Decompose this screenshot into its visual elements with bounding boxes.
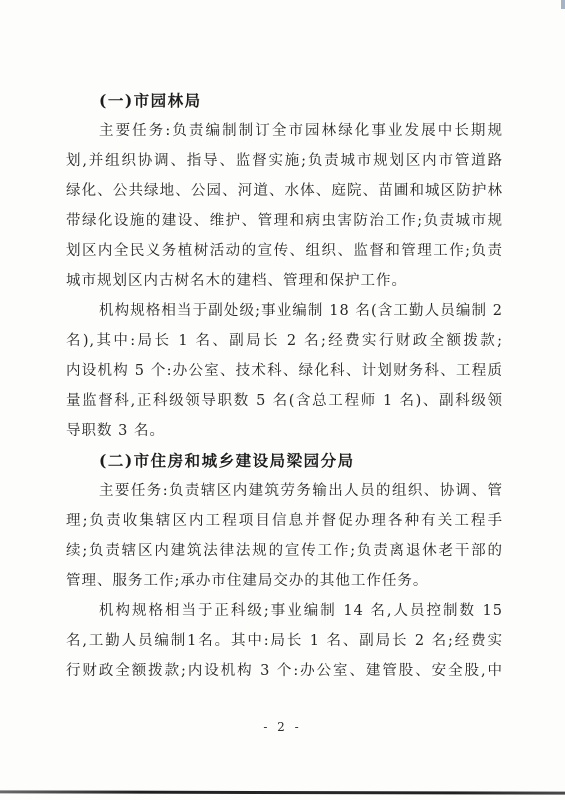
text-line: 理;负责收集辖区内工程项目信息并督促办理各种有关工程手 [66, 506, 503, 536]
paragraph: 机构规格相当于正科级;事业编制 14 名,人员控制数 15 名,工勤人员编制1名… [66, 596, 503, 686]
text-line: 机构规格相当于正科级;事业编制 14 名,人员控制数 15 [66, 596, 503, 626]
page-number: - 2 - [0, 720, 565, 734]
paragraph: 主要任务:负责编制制订全市园林绿化事业发展中长期规 划,并组织协调、指导、监督实… [66, 116, 503, 296]
text-line: 划区内全民义务植树活动的宣传、组织、监督和管理工作;负责 [66, 236, 503, 266]
text-line: 机构规格相当于副处级;事业编制 18 名(含工勤人员编制 2 [66, 296, 503, 326]
paragraph: 主要任务:负责辖区内建筑劳务输出人员的组织、协调、管 理;负责收集辖区内工程项目… [66, 476, 503, 596]
text-line: 续;负责辖区内建筑法律法规的宣传工作;负责离退休老干部的 [66, 536, 503, 566]
text-line: 导职数 3 名。 [66, 416, 503, 446]
text-line: 主要任务:负责编制制订全市园林绿化事业发展中长期规 [66, 116, 503, 146]
scan-artifact [561, 0, 565, 9]
text-line: 量监督科,正科级领导职数 5 名(含总工程师 1 名)、副科级领 [66, 386, 503, 416]
text-line: 名),其中:局长 1 名、副局长 2 名;经费实行财政全额拨款; [66, 326, 503, 356]
text-line: 城市规划区内古树名木的建档、管理和保护工作。 [66, 266, 503, 296]
section-heading: (二)市住房和城乡建设局梁园分局 [66, 446, 503, 476]
scan-edge-line [0, 790, 565, 794]
section-heading: (一)市园林局 [66, 86, 503, 116]
text-line: 名,工勤人员编制1名。其中:局长 1 名、副局长 2 名;经费实 [66, 626, 503, 656]
text-line: 主要任务:负责辖区内建筑劳务输出人员的组织、协调、管 [66, 476, 503, 506]
text-line: 内设机构 5 个:办公室、技术科、绿化科、计划财务科、工程质 [66, 356, 503, 386]
document-content: (一)市园林局 主要任务:负责编制制订全市园林绿化事业发展中长期规 划,并组织协… [66, 86, 503, 686]
text-line: 管理、服务工作;承办市住建局交办的其他工作任务。 [66, 566, 503, 596]
text-line: 划,并组织协调、指导、监督实施;负责城市规划区内市管道路 [66, 146, 503, 176]
text-line: 行财政全额拨款;内设机构 3 个:办公室、建管股、安全股,中 [66, 656, 503, 686]
text-line: 带绿化设施的建设、维护、管理和病虫害防治工作;负责城市规 [66, 206, 503, 236]
document-page: (一)市园林局 主要任务:负责编制制订全市园林绿化事业发展中长期规 划,并组织协… [0, 0, 565, 800]
text-line: 绿化、公共绿地、公园、河道、水体、庭院、苗圃和城区防护林 [66, 176, 503, 206]
paragraph: 机构规格相当于副处级;事业编制 18 名(含工勤人员编制 2 名),其中:局长 … [66, 296, 503, 446]
